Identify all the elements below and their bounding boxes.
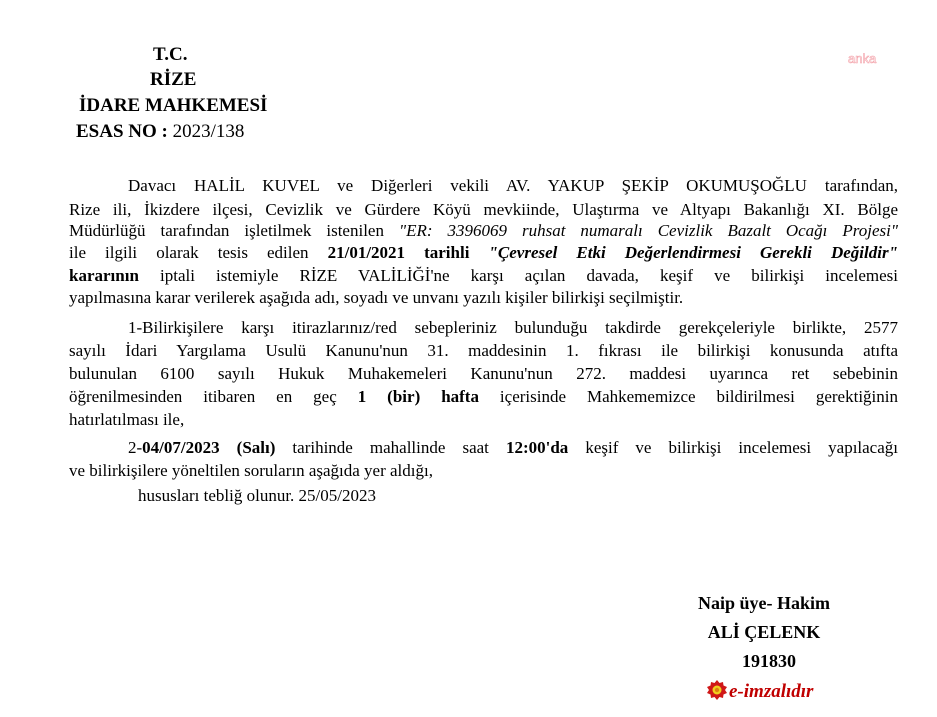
header-city: RİZE xyxy=(150,69,196,91)
project-reference: "ER: 3396069 ruhsat numaralı Cevizlik Ba… xyxy=(399,221,898,240)
rosette-seal-icon xyxy=(707,680,727,700)
header-tc: T.C. xyxy=(153,44,187,66)
case-number-label: ESAS NO : xyxy=(76,121,168,142)
inspection-date: 04/07/2023 (Salı) xyxy=(142,438,275,457)
text-line: bulunulan 6100 sayılı Hukuk Muhakemeleri… xyxy=(69,364,898,384)
text-line: 1-Bilirkişilere karşı itirazlarınız/red … xyxy=(128,318,898,338)
signer-name: ALİ ÇELENK xyxy=(664,622,864,643)
text-line: sayılı İdari Yargılama Usulü Kanunu'nun … xyxy=(69,341,898,361)
text-line: Müdürlüğü tarafından işletilmek istenile… xyxy=(69,221,898,241)
text-line: hatırlatılması ile, xyxy=(69,410,898,430)
text-line: öğrenilmesinden itibaren en geç 1 (bir) … xyxy=(69,387,898,407)
e-signature-label: e-imzalıdır xyxy=(729,681,813,702)
text-line: ile ilgili olarak tesis edilen 21/01/202… xyxy=(69,243,898,263)
e-signature-badge: e-imzalıdır xyxy=(707,680,813,703)
text-line: yapılmasına karar verilerek aşağıda adı,… xyxy=(69,288,898,308)
text-line: Rize ili, İkizdere ilçesi, Cevizlik ve G… xyxy=(69,200,898,220)
text-line: ve bilirkişilere yöneltilen soruların aş… xyxy=(69,461,898,481)
decision-title: "Çevresel Etki Değerlendirmesi Gerekli D… xyxy=(469,243,898,262)
case-number: ESAS NO : 2023/138 xyxy=(76,121,244,143)
inspection-time: 12:00'da xyxy=(506,438,568,457)
text-line: kararının iptali istemiyle RİZE VALİLİĞİ… xyxy=(69,266,898,286)
deadline: 1 (bir) hafta xyxy=(358,387,479,406)
header-court-name: İDARE MAHKEMESİ xyxy=(79,95,267,117)
watermark: anka xyxy=(848,51,876,66)
signer-title: Naip üye- Hakim xyxy=(664,593,864,614)
decision-date: 21/01/2021 tarihli xyxy=(328,243,470,262)
case-number-value: 2023/138 xyxy=(168,121,245,142)
signer-number: 191830 xyxy=(669,651,869,672)
text-line: Davacı HALİL KUVEL ve Diğerleri vekili A… xyxy=(128,176,898,196)
closing-statement: hususları tebliğ olunur. 25/05/2023 xyxy=(138,486,376,506)
text-line: 2-04/07/2023 (Salı) tarihinde mahallinde… xyxy=(128,438,898,458)
